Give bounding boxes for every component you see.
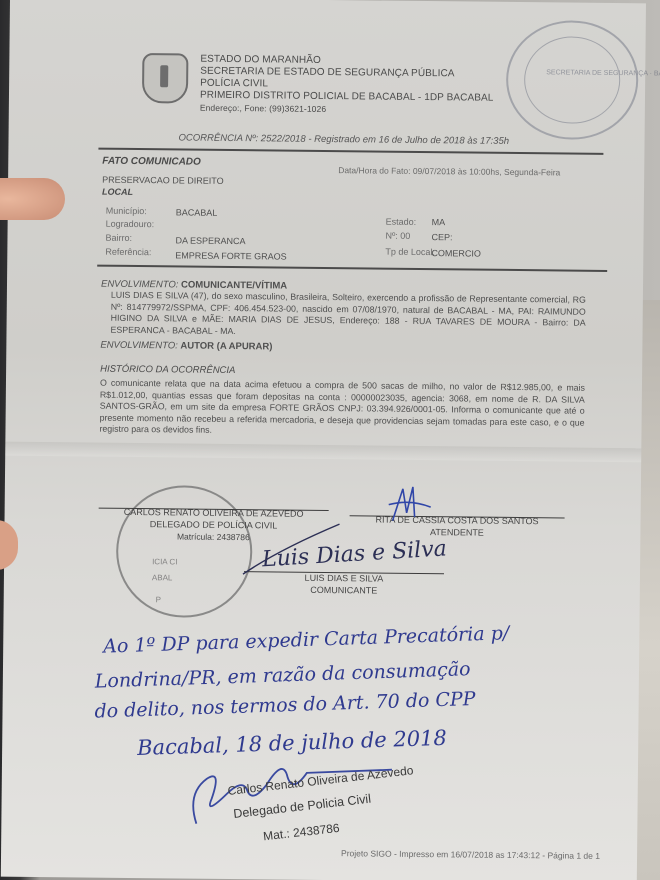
divider xyxy=(97,265,607,272)
handwritten-note-line-3: do delito, nos termos do Art. 70 do CPP xyxy=(94,688,476,723)
atendente-role: ATENDENTE xyxy=(349,526,564,538)
seal-text: SECRETARIA DE SEGURANÇA · BACABAL · MA xyxy=(546,68,596,79)
local-label-tipo: Tp de Local: xyxy=(385,247,435,258)
local-value-estado: MA xyxy=(432,217,446,227)
comunicante-details: LUIS DIAS E SILVA (47), do sexo masculin… xyxy=(110,290,585,341)
local-title: LOCAL xyxy=(102,187,133,197)
local-value-bairro: DA ESPERANCA xyxy=(175,235,245,246)
divider xyxy=(98,148,603,155)
finger xyxy=(0,178,65,220)
envolvimento-autor: ENVOLVIMENTO: AUTOR (A APURAR) xyxy=(100,340,272,353)
comunicante-role: COMUNICANTE xyxy=(244,584,444,596)
atendente-name: RITA DE CASSIA COSTA DOS SANTOS xyxy=(350,514,565,526)
local-value-referencia: EMPRESA FORTE GRAOS xyxy=(175,250,286,261)
fato-datetime: Data/Hora do Fato: 09/07/2018 às 10:00hs… xyxy=(338,165,560,177)
occurrence-number: OCORRÊNCIA Nº: 2522/2018 - Registrado em… xyxy=(178,132,509,146)
local-label-estado: Estado: xyxy=(386,217,417,227)
local-label-bairro: Bairro: xyxy=(105,233,132,243)
local-label-referencia: Referência: xyxy=(105,247,151,257)
police-crest-icon xyxy=(142,53,189,103)
historico-title: HISTÓRICO DA OCORRÊNCIA xyxy=(100,364,235,376)
fato-type: PRESERVACAO DE DIREITO xyxy=(102,175,224,186)
handwritten-note-line-1: Ao 1º DP para expedir Carta Precatória p… xyxy=(103,622,510,657)
historico-text: O comunicante relata que na data acima e… xyxy=(99,378,585,441)
handwritten-note-line-2: Londrina/PR, em razão da consumação xyxy=(94,658,470,692)
comunicante-signature-stroke-icon xyxy=(239,519,350,580)
round-police-stamp: ICIA CI ABAL P xyxy=(116,485,253,618)
paper-fold xyxy=(5,442,641,463)
local-label-cep: CEP: xyxy=(431,232,452,242)
local-label-municipio: Município: xyxy=(106,206,147,216)
police-report-document: ESTADO DO MARANHÃO SECRETARIA DE ESTADO … xyxy=(1,0,646,880)
local-label-logradouro: Logradouro: xyxy=(106,219,155,230)
fato-title: FATO COMUNICADO xyxy=(102,156,201,168)
delegado-handwritten-signature-icon xyxy=(186,754,407,831)
atendente-signature-icon xyxy=(384,483,434,529)
official-seal-stamp: SECRETARIA DE SEGURANÇA · BACABAL · MA xyxy=(506,20,639,140)
local-label-numero: Nº: 00 xyxy=(385,231,410,241)
print-footer: Projeto SIGO - Impresso em 16/07/2018 as… xyxy=(341,848,600,861)
local-value-tipo: COMERCIO xyxy=(431,248,481,259)
local-value-municipio: BACABAL xyxy=(176,207,218,217)
document-header: ESTADO DO MARANHÃO SECRETARIA DE ESTADO … xyxy=(200,54,494,117)
